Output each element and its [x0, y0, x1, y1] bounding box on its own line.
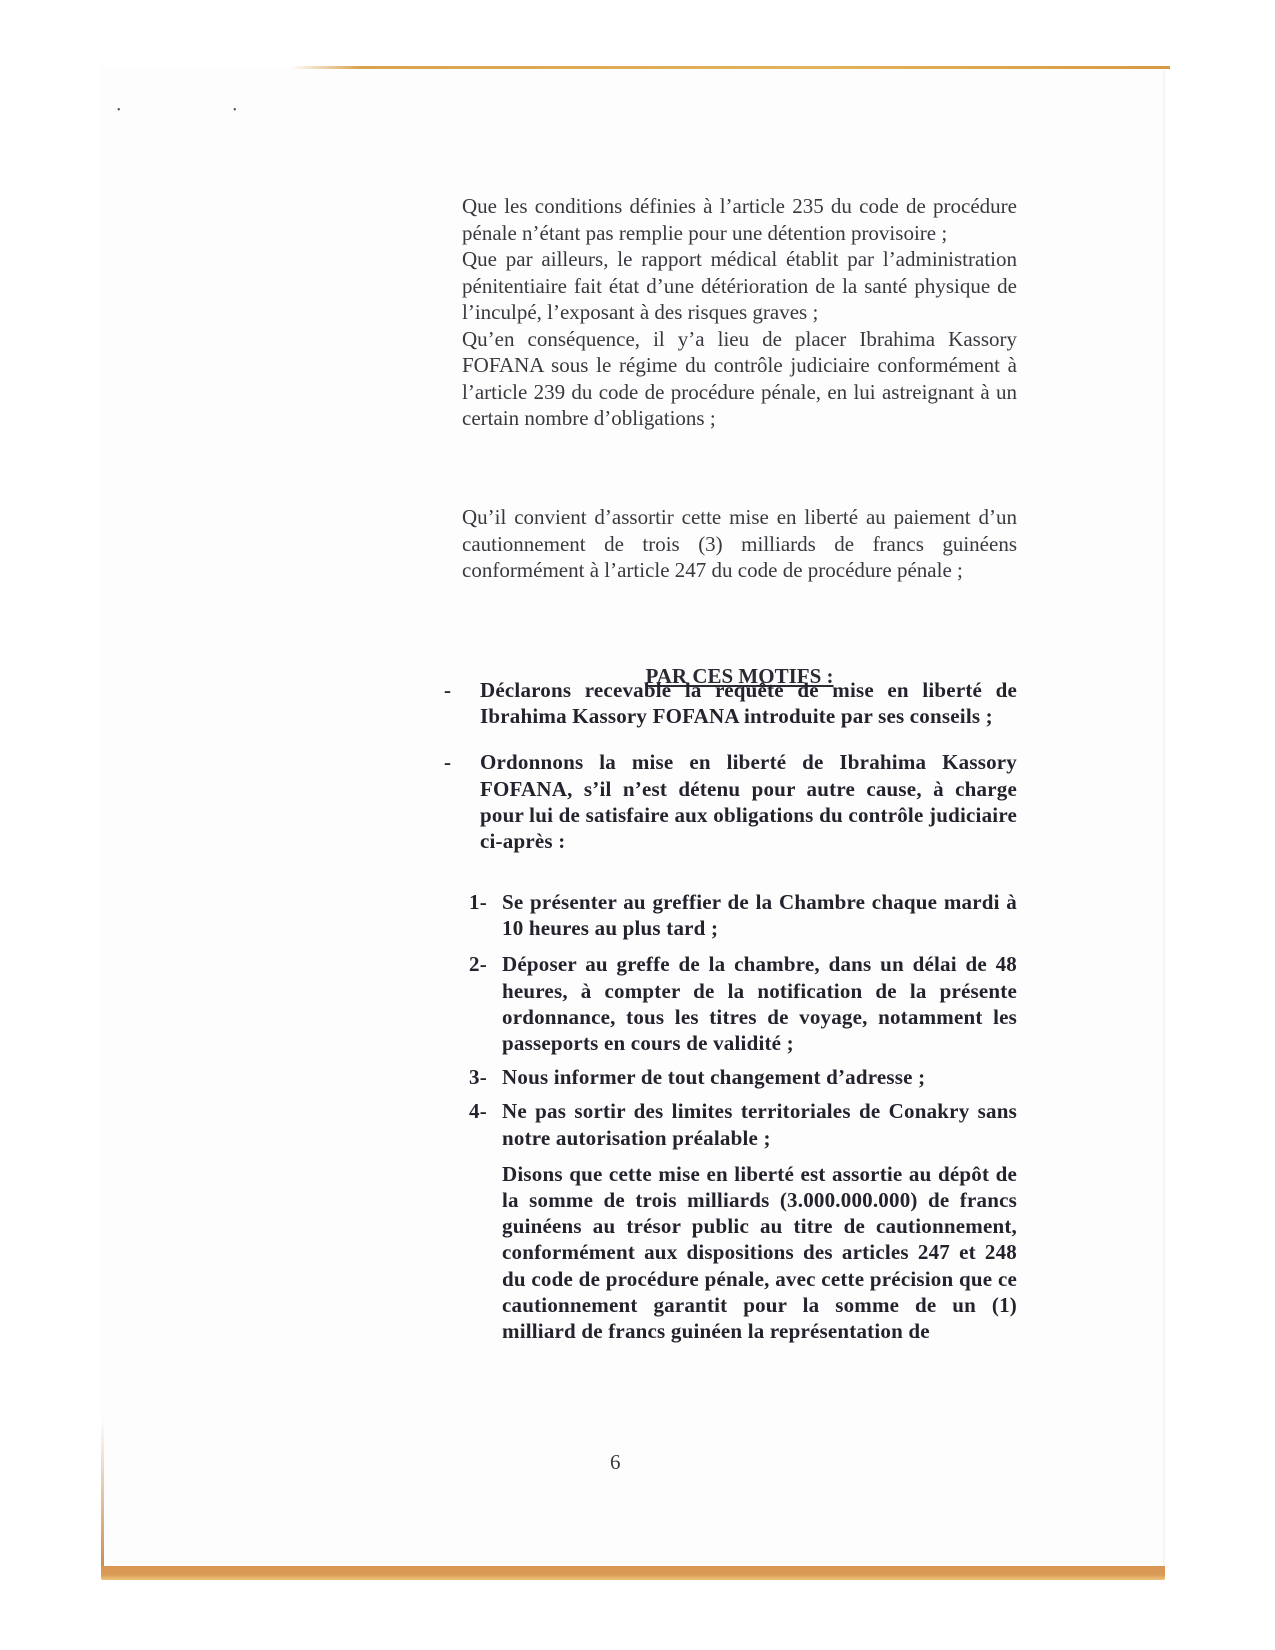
obligation-item: 3- Nous informer de tout changement d’ad… [469, 1064, 1017, 1090]
margin-marks: • • [117, 105, 292, 116]
decision-text: Ordonnons la mise en liberté de Ibrahima… [480, 749, 1017, 854]
obligation-number: 3- [469, 1064, 502, 1090]
consideration-group-1: Que les conditions définies à l’article … [462, 193, 1017, 432]
paper-edge-bottom [101, 1566, 1165, 1580]
paper-edge-left [101, 1420, 104, 1570]
obligation-number: 1- [469, 889, 502, 941]
decision-item: - Ordonnons la mise en liberté de Ibrahi… [444, 749, 1017, 854]
obligation-item: 4- Ne pas sortir des limites territorial… [469, 1098, 1017, 1150]
obligation-item: 1- Se présenter au greffier de la Chambr… [469, 889, 1017, 941]
page-number: 6 [610, 1450, 621, 1475]
consideration-paragraph: Que les conditions définies à l’article … [462, 193, 1017, 246]
bail-paragraph: Disons que cette mise en liberté est ass… [469, 1161, 1017, 1344]
obligation-text: Se présenter au greffier de la Chambre c… [502, 889, 1017, 941]
obligation-text: Déposer au greffe de la chambre, dans un… [502, 951, 1017, 1056]
consideration-paragraph: Qu’en conséquence, il y’a lieu de placer… [462, 326, 1017, 432]
dash-bullet-icon: - [444, 749, 480, 854]
obligation-item: 2- Déposer au greffe de la chambre, dans… [469, 951, 1017, 1056]
consideration-paragraph: Qu’il convient d’assortir cette mise en … [462, 504, 1017, 584]
obligation-text: Ne pas sortir des limites territoriales … [502, 1098, 1017, 1150]
paper-edge-top [290, 66, 1170, 69]
obligation-text: Nous informer de tout changement d’adres… [502, 1064, 1017, 1090]
obligation-number: 4- [469, 1098, 502, 1150]
decision-text: Déclarons recevable la requête de mise e… [480, 677, 1017, 729]
obligation-number: 2- [469, 951, 502, 1056]
obligation-list: 1- Se présenter au greffier de la Chambr… [469, 889, 1017, 1344]
dash-bullet-icon: - [444, 677, 480, 729]
paper-edge-right [1163, 70, 1165, 1570]
decision-list: - Déclarons recevable la requête de mise… [444, 677, 1017, 854]
consideration-paragraph: Que par ailleurs, le rapport médical éta… [462, 246, 1017, 326]
decision-item: - Déclarons recevable la requête de mise… [444, 677, 1017, 729]
consideration-group-2: Qu’il convient d’assortir cette mise en … [462, 504, 1017, 584]
